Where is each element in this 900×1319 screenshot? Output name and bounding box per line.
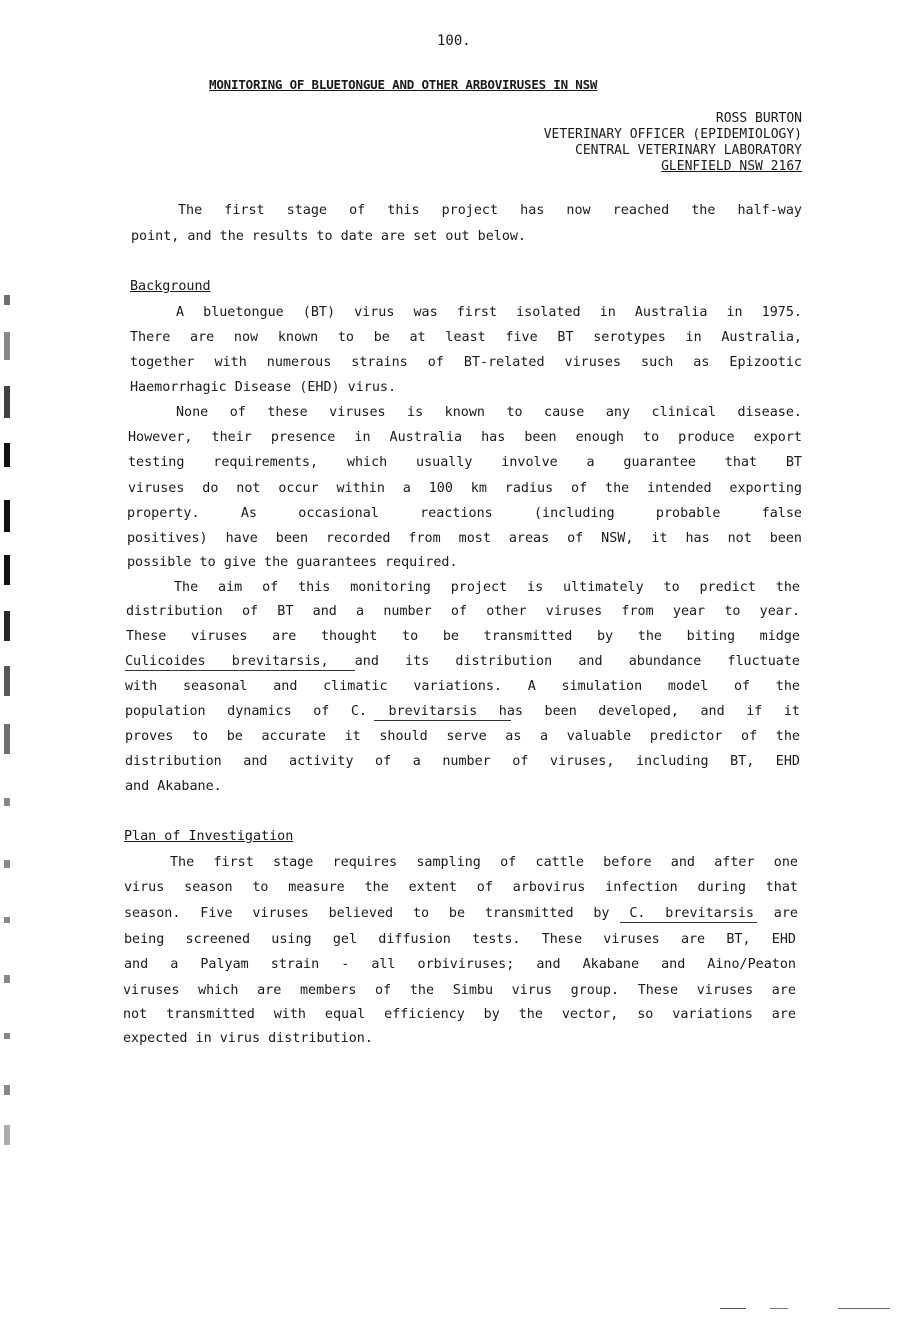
author-name: ROSS BURTON [716, 111, 802, 126]
scan-mark [4, 1033, 10, 1039]
text-line: positives) have been recorded from most … [127, 531, 802, 546]
text-line: The first stage of this project has now … [178, 203, 802, 218]
text-line: A bluetongue (BT) virus was first isolat… [176, 305, 802, 320]
author-position: VETERINARY OFFICER (EPIDEMIOLOGY) [544, 127, 802, 142]
scan-mark [770, 1308, 788, 1309]
species-underline [125, 670, 355, 671]
scan-mark [4, 555, 10, 585]
scan-mark [4, 860, 10, 868]
section-heading: Background [130, 279, 211, 294]
text-line: possible to give the guarantees required… [127, 555, 458, 570]
text-line: Haemorrhagic Disease (EHD) virus. [130, 380, 396, 395]
section-heading: Plan of Investigation [124, 829, 293, 844]
scan-mark [720, 1308, 746, 1309]
author-institution: CENTRAL VETERINARY LABORATORY [575, 143, 802, 158]
scan-mark [4, 917, 10, 923]
scan-mark [838, 1308, 890, 1309]
scan-mark [4, 611, 10, 641]
text-line: expected in virus distribution. [123, 1031, 373, 1046]
scan-mark [4, 798, 10, 806]
text-line: being screened using gel diffusion tests… [124, 932, 796, 947]
scan-mark [4, 666, 10, 696]
text-line: distribution and activity of a number of… [125, 754, 800, 769]
text-line: property. As occasional reactions (inclu… [127, 506, 802, 521]
text-line: with seasonal and climatic variations. A… [125, 679, 800, 694]
scan-mark [4, 443, 10, 467]
text-line: viruses which are members of the Simbu v… [123, 983, 796, 998]
author-address: GLENFIELD NSW 2167 [661, 159, 802, 174]
text-line: and a Palyam strain - all orbiviruses; a… [124, 957, 796, 972]
text-line-with-species: Culicoides brevitarsis, and its distribu… [125, 654, 800, 669]
text-line: not transmitted with equal efficiency by… [123, 1007, 796, 1022]
text-line: point, and the results to date are set o… [131, 229, 526, 244]
text-line: proves to be accurate it should serve as… [125, 729, 800, 744]
text-line-with-species: population dynamics of C. brevitarsis ha… [125, 704, 800, 719]
species-underline [374, 720, 511, 721]
scan-mark [4, 1125, 10, 1145]
scan-mark [4, 975, 10, 983]
text-line-with-species: season. Five viruses believed to be tran… [124, 906, 798, 921]
text-line: There are now known to be at least five … [130, 330, 802, 345]
text-line: together with numerous strains of BT-rel… [130, 355, 802, 370]
text-line: These viruses are thought to be transmit… [126, 629, 800, 644]
text-line: viruses do not occur within a 100 km rad… [128, 481, 802, 496]
species-underline [620, 922, 757, 923]
text-line: The aim of this monitoring project is ul… [174, 580, 800, 595]
scan-mark [4, 295, 10, 305]
text-line: distribution of BT and a number of other… [126, 604, 800, 619]
text-line: None of these viruses is known to cause … [176, 405, 802, 420]
text-line: testing requirements, which usually invo… [128, 455, 802, 470]
text-line: The first stage requires sampling of cat… [170, 855, 798, 870]
scan-mark [4, 386, 10, 418]
scan-mark [4, 724, 10, 754]
text-line: However, their presence in Australia has… [128, 430, 802, 445]
scan-mark [4, 1085, 10, 1095]
document-title: MONITORING OF BLUETONGUE AND OTHER ARBOV… [209, 77, 597, 92]
text-line: and Akabane. [125, 779, 222, 794]
text-line: virus season to measure the extent of ar… [124, 880, 798, 895]
page-number: 100. [437, 33, 471, 49]
scan-mark [4, 500, 10, 532]
scan-mark [4, 332, 10, 360]
